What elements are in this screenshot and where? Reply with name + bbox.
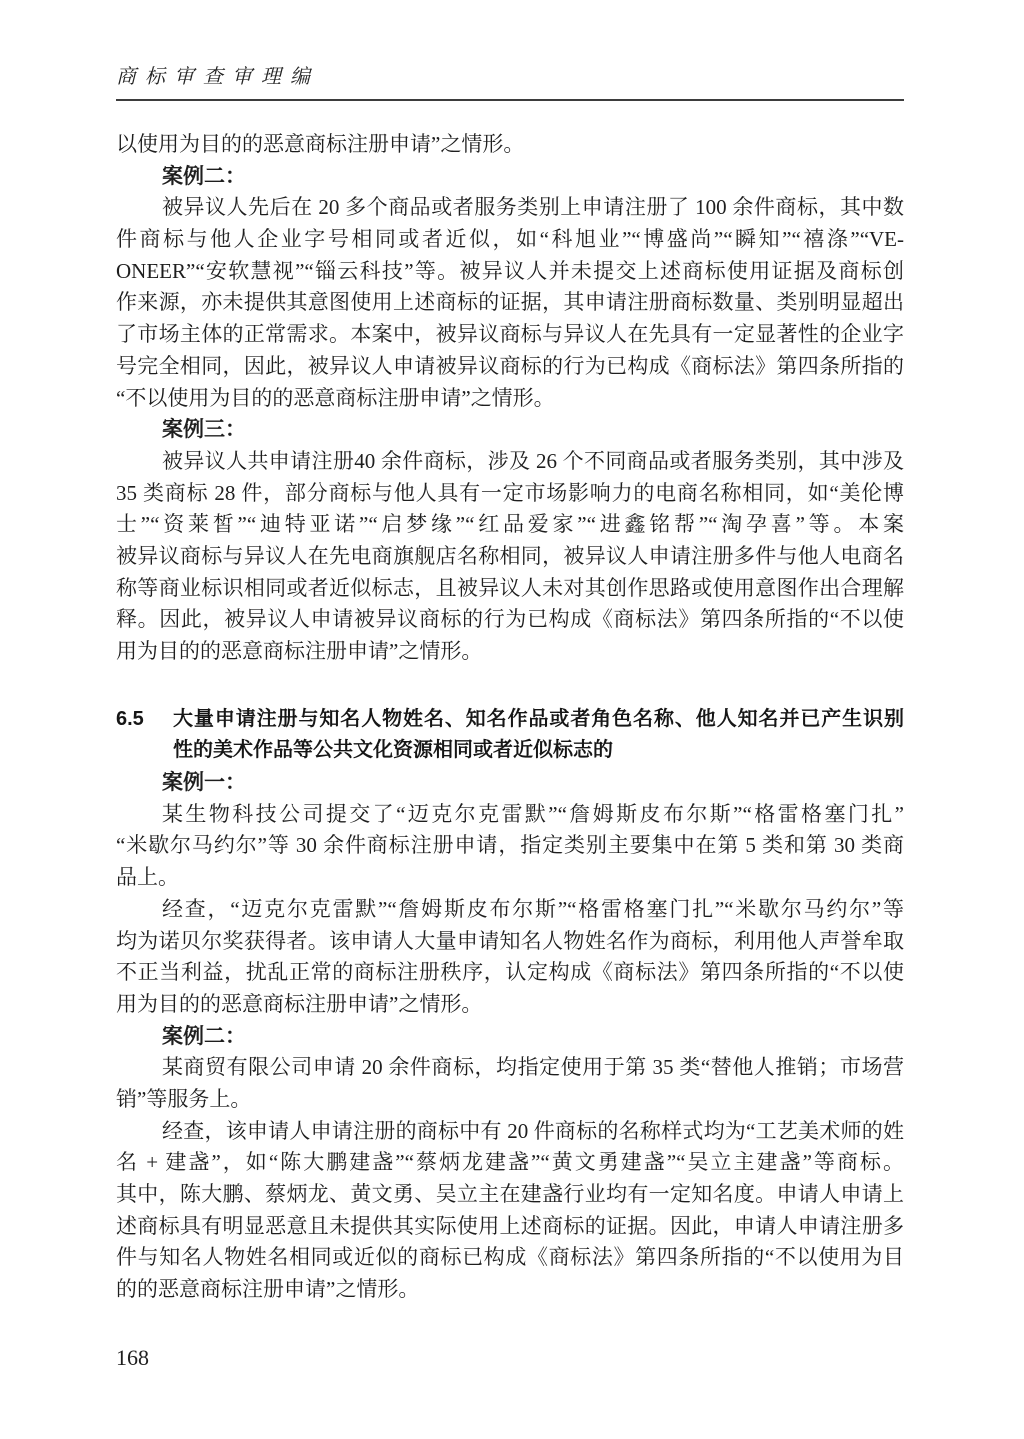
body-line: 号完全相同，因此，被异议人申请被异议商标的行为已构成《商标法》第四条所指的 [116, 351, 904, 383]
body-line: 经查，“迈克尔克雷默”“詹姆斯皮布尔斯”“格雷格塞门扎”“米歇尔马约尔”等 [116, 894, 904, 926]
body-line: ONEER”“安软慧视”“锱云科技”等。被异议人并未提交上述商标使用证据及商标创 [116, 256, 904, 288]
body-line: 某生物科技公司提交了“迈克尔克雷默”“詹姆斯皮布尔斯”“格雷格塞门扎” [116, 799, 904, 831]
body-line: 了市场主体的正常需求。本案中，被异议商标与异议人在先具有一定显著性的企业字 [116, 319, 904, 351]
body-line: 用为目的的恶意商标注册申请”之情形。 [116, 989, 904, 1021]
body-line: 均为诺贝尔奖获得者。该申请人大量申请知名人物姓名作为商标，利用他人声誉牟取 [116, 926, 904, 958]
body-line: 释。因此，被异议人申请被异议商标的行为已构成《商标法》第四条所指的“不以使 [116, 604, 904, 636]
body-line: 名 + 建盏”，如“陈大鹏建盏”“蔡炳龙建盏”“黄文勇建盏”“吴立主建盏”等商标… [116, 1147, 904, 1179]
body-line: 被异议人先后在 20 多个商品或者服务类别上申请注册了 100 余件商标，其中数… [116, 192, 904, 224]
paragraph: 经查，该申请人申请注册的商标中有 20 件商标的名称样式均为“工艺美术师的姓 名… [116, 1116, 904, 1306]
body-line: 的的恶意商标注册申请”之情形。 [116, 1274, 904, 1306]
heading-line: 性的美术作品等公共文化资源相同或者近似标志的 [173, 735, 904, 767]
case-label: 案例二： [116, 1021, 904, 1053]
body-line: 作来源，亦未提供其意图使用上述商标的证据，其申请注册商标数量、类别明显超出 [116, 287, 904, 319]
paragraph: 某生物科技公司提交了“迈克尔克雷默”“詹姆斯皮布尔斯”“格雷格塞门扎” “米歇尔… [116, 799, 904, 894]
paragraph: 某商贸有限公司申请 20 余件商标，均指定使用于第 35 类“替他人推销；市场营… [116, 1052, 904, 1115]
body-line: 称等商业标识相同或者近似标志，且被异议人未对其创作思路或使用意图作出合理解 [116, 573, 904, 605]
running-header: 商标审查审理编 [116, 63, 904, 101]
body-line: 士”“资莱皙”“迪特亚诺”“启梦缘”“红品爱家”“进鑫铭帮”“淘孕喜”等。本案 [116, 509, 904, 541]
section-heading: 6.5 大量申请注册与知名人物姓名、知名作品或者角色名称、他人知名并已产生识别 … [116, 704, 904, 767]
body-line: “不以使用为目的的恶意商标注册申请”之情形。 [116, 383, 904, 415]
body-line: 述商标具有明显恶意且未提供其实际使用上述商标的证据。因此，申请人申请注册多 [116, 1211, 904, 1243]
body-line: 件与知名人物姓名相同或近似的商标已构成《商标法》第四条所指的“不以使用为目 [116, 1242, 904, 1274]
body-line: 其中，陈大鹏、蔡炳龙、黄文勇、吴立主在建盏行业均有一定知名度。申请人申请上 [116, 1179, 904, 1211]
body-line: 被异议商标与异议人在先电商旗舰店名称相同，被异议人申请注册多件与他人电商名 [116, 541, 904, 573]
paragraph: 经查，“迈克尔克雷默”“詹姆斯皮布尔斯”“格雷格塞门扎”“米歇尔马约尔”等 均为… [116, 894, 904, 1021]
running-header-title: 商标审查审理编 [116, 63, 904, 91]
body-line: 某商贸有限公司申请 20 余件商标，均指定使用于第 35 类“替他人推销；市场营 [116, 1052, 904, 1084]
case-label: 案例一： [116, 767, 904, 799]
case-label: 案例三： [116, 414, 904, 446]
body-line: 销”等服务上。 [116, 1084, 904, 1116]
paragraph: 以使用为目的的恶意商标注册申请”之情形。 [116, 129, 904, 161]
body-line: 被异议人共申请注册40 余件商标，涉及 26 个不同商品或者服务类别，其中涉及第 [116, 446, 904, 478]
body-line: 不正当利益，扰乱正常的商标注册秩序，认定构成《商标法》第四条所指的“不以使 [116, 957, 904, 989]
body-line: 品上。 [116, 862, 904, 894]
paragraph: 被异议人先后在 20 多个商品或者服务类别上申请注册了 100 余件商标，其中数… [116, 192, 904, 414]
heading-line: 大量申请注册与知名人物姓名、知名作品或者角色名称、他人知名并已产生识别 [173, 704, 904, 736]
body-line: 经查，该申请人申请注册的商标中有 20 件商标的名称样式均为“工艺美术师的姓 [116, 1116, 904, 1148]
document-page: 商标审查审理编 以使用为目的的恶意商标注册申请”之情形。 案例二： 被异议人先后… [0, 0, 1024, 1439]
paragraph: 被异议人共申请注册40 余件商标，涉及 26 个不同商品或者服务类别，其中涉及第… [116, 446, 904, 668]
body-line: 件商标与他人企业字号相同或者近似，如“科旭业”“博盛尚”“瞬知”“禧涤”“VE- [116, 224, 904, 256]
header-rule [116, 99, 904, 101]
body-line: 以使用为目的的恶意商标注册申请”之情形。 [116, 129, 904, 161]
body-line: 用为目的的恶意商标注册申请”之情形。 [116, 636, 904, 668]
page-number: 168 [116, 1345, 149, 1371]
body-line: 35 类商标 28 件，部分商标与他人具有一定市场影响力的电商名称相同，如“美伦… [116, 478, 904, 510]
case-label: 案例二： [116, 161, 904, 193]
page-body: 以使用为目的的恶意商标注册申请”之情形。 案例二： 被异议人先后在 20 多个商… [116, 129, 904, 1306]
section-number: 6.5 [116, 704, 144, 736]
body-line: “米歇尔马约尔”等 30 余件商标注册申请，指定类别主要集中在第 5 类和第 3… [116, 830, 904, 862]
